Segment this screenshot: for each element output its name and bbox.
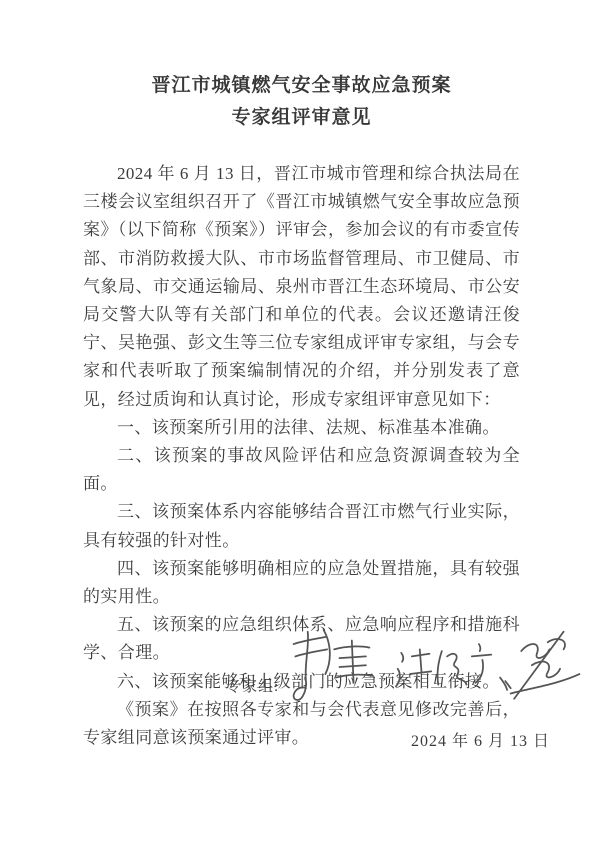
document-page: 晋江市城镇燃气安全事故应急预案 专家组评审意见 2024 年 6 月 13 日，… [0,0,598,850]
signature-3-ink [506,632,580,699]
review-item-4: 四、该预案能够明确相应的应急处置措施，具有较强的实用性。 [83,555,520,611]
handwritten-signatures [283,617,583,722]
signature-row: 专家组: [226,622,566,722]
signature-label: 专家组: [226,675,279,722]
review-item-2: 二、该预案的事故风险评估和应急资源调查较为全面。 [83,442,520,498]
document-title-line1: 晋江市城镇燃气安全事故应急预案 [83,70,520,102]
signature-2-ink [396,644,507,690]
intro-paragraph: 2024 年 6 月 13 日，晋江市城市管理和综合执法局在三楼会议室组织召开了… [83,160,520,414]
signature-1-ink [294,630,373,700]
document-title-line2: 专家组评审意见 [83,102,520,134]
document-date: 2024 年 6 月 13 日 [411,728,550,751]
review-item-3: 三、该预案体系内容能够结合晋江市燃气行业实际，具有较强的针对性。 [83,498,520,554]
review-item-1: 一、该预案所引用的法律、法规、标准基本准确。 [83,414,520,442]
